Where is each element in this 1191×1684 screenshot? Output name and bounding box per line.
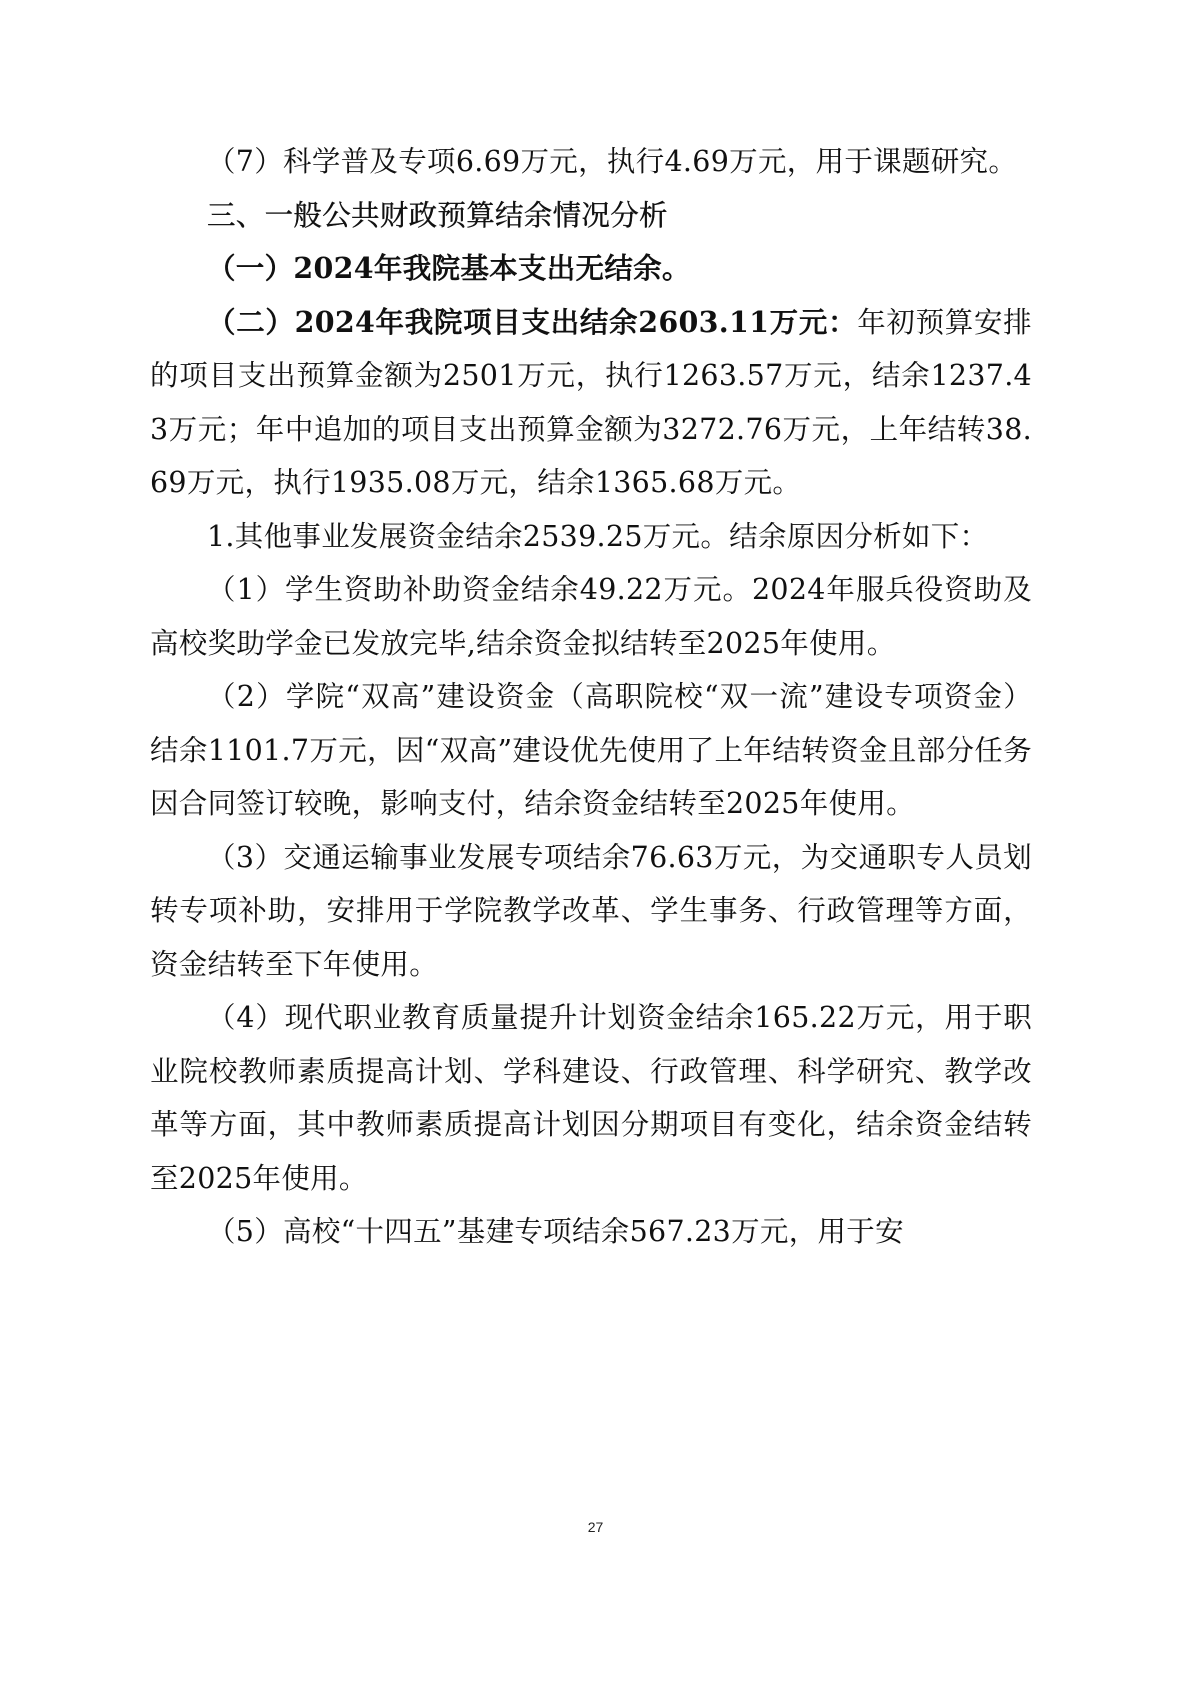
paragraph-double-high-construction: （2）学院“双高”建设资金（高职院校“双一流”建设专项资金）结余1101.7万元… (150, 670, 1032, 831)
paragraph-vocational-education-quality: （4）现代职业教育质量提升计划资金结余165.22万元，用于职业院校教师素质提高… (150, 991, 1032, 1205)
paragraph-other-development-funds: 1.其他事业发展资金结余2539.25万元。结余原因分析如下： (150, 510, 1032, 564)
paragraph-infrastructure-14th-five-year: （5）高校“十四五”基建专项结余567.23万元，用于安 (150, 1205, 1032, 1259)
section-heading-budget-surplus-analysis: 三、一般公共财政预算结余情况分析 (150, 189, 1032, 243)
paragraph-science-popularization: （7）科学普及专项6.69万元，执行4.69万元，用于课题研究。 (150, 135, 1032, 189)
paragraph-student-aid: （1）学生资助补助资金结余49.22万元。2024年服兵役资助及高校奖助学金已发… (150, 563, 1032, 670)
subsection-project-expenditure: （二）2024年我院项目支出结余2603.11万元：年初预算安排的项目支出预算金… (150, 296, 1032, 510)
subsection-heading-project-expenditure: （二）2024年我院项目支出结余2603.11万元： (207, 305, 857, 339)
subsection-heading-basic-expenditure: （一）2024年我院基本支出无结余。 (150, 242, 1032, 296)
page-number: 27 (0, 1519, 1191, 1535)
document-page: （7）科学普及专项6.69万元，执行4.69万元，用于课题研究。 三、一般公共财… (150, 135, 1032, 1259)
paragraph-transport-development: （3）交通运输事业发展专项结余76.63万元，为交通职专人员划转专项补助，安排用… (150, 831, 1032, 992)
